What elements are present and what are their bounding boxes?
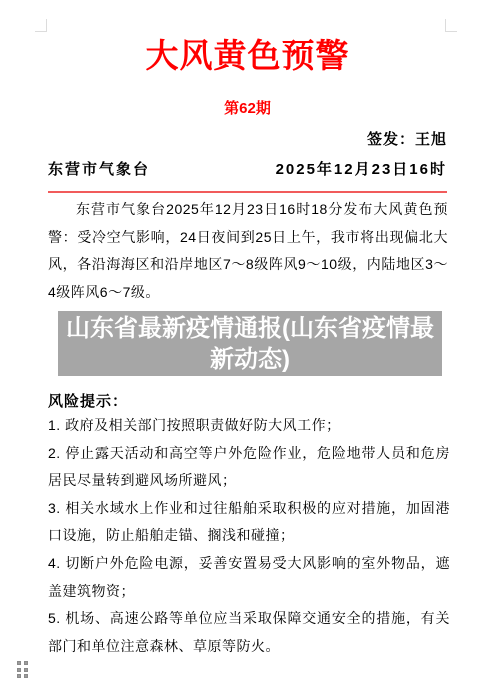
issue-number: 第62期 bbox=[48, 100, 447, 118]
risk-tip-item: 3. 相关水域水上作业和过往船舶采取积极的应对措施，加固港口设施，防止船舶走锚、… bbox=[48, 495, 450, 550]
drag-handle-dot bbox=[17, 668, 21, 672]
warning-title: 大风黄色预警 bbox=[48, 36, 447, 76]
overlay-link-title: 山东省最新疫情通报(山东省疫情最新动态) bbox=[66, 313, 434, 375]
page-corner-mark-top-left bbox=[35, 19, 47, 32]
risk-tips-heading: 风险提示： bbox=[48, 392, 450, 412]
risk-tip-item: 2. 停止露天活动和高空等户外危险作业，危险地带人员和危房居民尽量转到避风场所避… bbox=[48, 440, 450, 495]
drag-handle-dot bbox=[24, 674, 28, 678]
document-page: 大风黄色预警 第62期 签发：王旭 东营市气象台 2025年12月23日16时 … bbox=[0, 0, 500, 687]
drag-handle-dot bbox=[24, 661, 28, 665]
issue-datetime: 2025年12月23日16时 bbox=[276, 161, 447, 179]
risk-tips-section: 风险提示： 1. 政府及相关部门按照职责做好防大风工作； 2. 停止露天活动和高… bbox=[48, 392, 450, 660]
risk-tip-item: 5. 机场、高速公路等单位应当采取保障交通安全的措施，有关部门和单位注意森林、草… bbox=[48, 605, 450, 660]
warning-body-paragraph: 东营市气象台2025年12月23日16时18分发布大风黄色预警：受冷空气影响，2… bbox=[48, 196, 448, 306]
drag-handle-dot bbox=[17, 674, 21, 678]
risk-tip-item: 4. 切断户外危险电源，妥善安置易受大风影响的室外物品，遮盖建筑物资； bbox=[48, 550, 450, 605]
drag-handle-dot bbox=[24, 668, 28, 672]
drag-handle-dot bbox=[17, 661, 21, 665]
risk-tips-list: 1. 政府及相关部门按照职责做好防大风工作； 2. 停止露天活动和高空等户外危险… bbox=[48, 412, 450, 660]
overlay-link-box[interactable]: 山东省最新疫情通报(山东省疫情最新动态) bbox=[58, 311, 442, 376]
page-corner-mark-top-right bbox=[445, 19, 457, 32]
issuer-name: 东营市气象台 bbox=[48, 161, 150, 179]
risk-tip-item: 1. 政府及相关部门按照职责做好防大风工作； bbox=[48, 412, 450, 440]
drag-handle-icon[interactable] bbox=[17, 661, 28, 678]
issuer-row: 东营市气象台 2025年12月23日16时 bbox=[48, 161, 447, 179]
red-divider-line bbox=[48, 191, 447, 193]
signer-line: 签发：王旭 bbox=[48, 131, 447, 149]
